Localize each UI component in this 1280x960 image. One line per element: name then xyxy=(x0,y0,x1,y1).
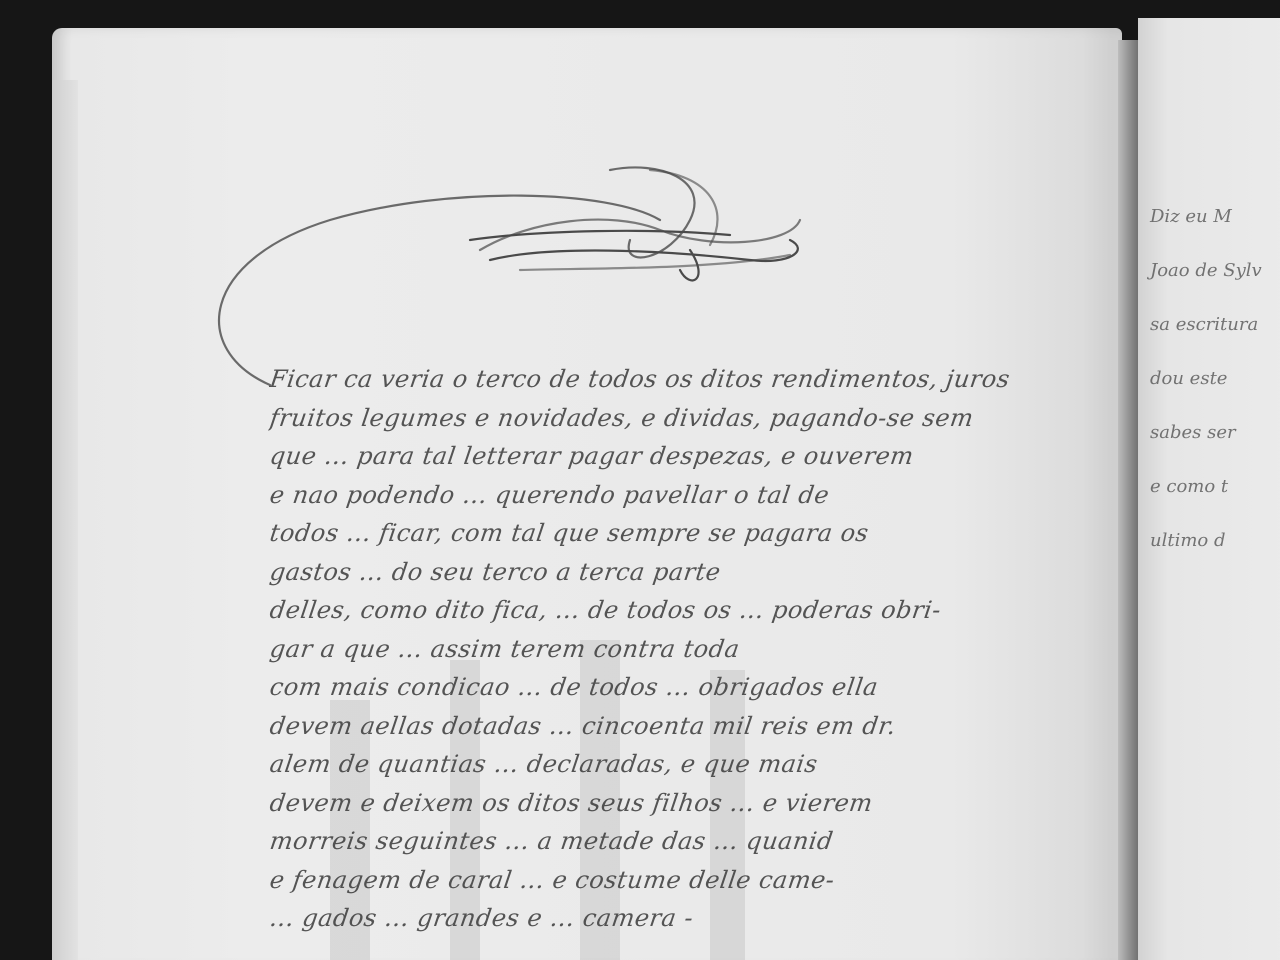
margin-line: sa escritura xyxy=(1150,298,1280,352)
text-line: alem de quantias ... declaradas, e que m… xyxy=(267,745,1122,784)
right-page-text: Diz eu M Joao de Sylv sa escritura dou e… xyxy=(1150,190,1280,568)
text-line: todos ... ficar, com tal que sempre se p… xyxy=(267,514,1122,553)
margin-line: dou este xyxy=(1150,352,1280,406)
margin-line: Diz eu M xyxy=(1150,190,1280,244)
calligraphic-flourish-icon xyxy=(190,150,810,390)
text-line: Ficar ca veria o terco de todos os ditos… xyxy=(267,360,1122,399)
margin-line: ultimo d xyxy=(1150,514,1280,568)
text-line: devem aellas dotadas ... cincoenta mil r… xyxy=(267,707,1122,746)
text-line: com mais condicao ... de todos ... obrig… xyxy=(267,668,1122,707)
page-edge xyxy=(52,80,78,960)
text-line: e nao podendo ... querendo pavellar o ta… xyxy=(267,476,1122,515)
text-line: fruitos legumes e novidades, e dividas, … xyxy=(267,399,1122,438)
handwritten-text-body: Ficar ca veria o terco de todos os ditos… xyxy=(270,360,1120,938)
text-line: ... gados ... grandes e ... camera - xyxy=(267,899,1122,938)
margin-line: sabes ser xyxy=(1150,406,1280,460)
text-line: e fenagem de caral ... e costume delle c… xyxy=(267,861,1122,900)
text-line: morreis seguintes ... a metade das ... q… xyxy=(267,822,1122,861)
text-line: gastos ... do seu terco a terca parte xyxy=(267,553,1122,592)
text-line: devem e deixem os ditos seus filhos ... … xyxy=(267,784,1122,823)
text-line: que ... para tal letterar pagar despezas… xyxy=(267,437,1122,476)
margin-line: e como t xyxy=(1150,460,1280,514)
margin-line: Joao de Sylv xyxy=(1150,244,1280,298)
text-line: gar a que ... assim terem contra toda xyxy=(267,630,1122,669)
text-line: delles, como dito fica, ... de todos os … xyxy=(267,591,1122,630)
